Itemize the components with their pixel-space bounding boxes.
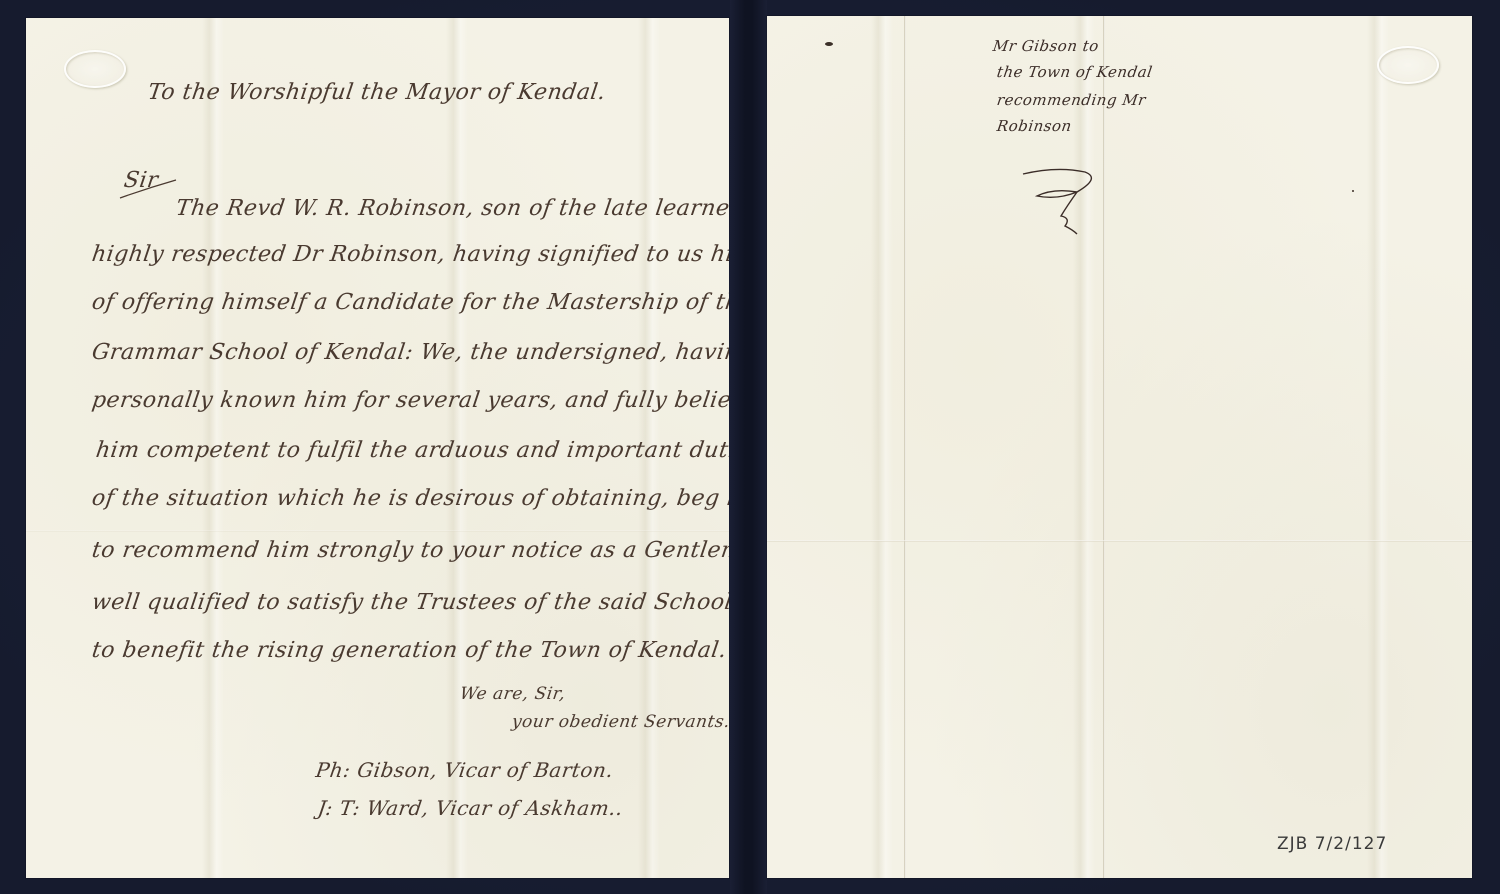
fold-crease [1073, 16, 1095, 878]
letter-front-page: To the Worshipful the Mayor of Kendal. S… [26, 18, 729, 878]
fold-crease [904, 16, 906, 878]
salutation-flourish [118, 178, 178, 202]
page-gutter [730, 0, 767, 894]
archive-reference: ZJB 7/2/127 [1277, 834, 1387, 854]
docket-line: recommending Mr [995, 88, 1147, 112]
fold-crease [767, 540, 1472, 542]
letter-body-line: of the situation which he is desirous of… [90, 486, 729, 511]
fold-crease [26, 530, 729, 532]
letter-body-line: Grammar School of Kendal: We, the unders… [90, 340, 729, 365]
addressee-line: To the Worshipful the Mayor of Kendal. [146, 80, 607, 105]
docket-line: the Town of Kendal [995, 60, 1154, 84]
signature-gibson: Ph: Gibson, Vicar of Barton. [314, 758, 615, 782]
letter-reverse-page: Mr Gibson to the Town of Kendal recommen… [767, 16, 1472, 878]
ink-speck [825, 42, 833, 46]
letter-body-line: personally known him for several years, … [90, 388, 729, 413]
letter-body-line: of offering himself a Candidate for the … [90, 290, 729, 315]
letter-body-line: well qualified to satisfy the Trustees o… [90, 590, 729, 615]
paraph-flourish [1017, 166, 1107, 236]
letter-body-line: The Revd W. R. Robinson, son of the late… [174, 196, 729, 221]
letter-body-line: to recommend him strongly to your notice… [90, 538, 729, 563]
fold-crease [871, 16, 893, 878]
docket-line: Mr Gibson to [991, 34, 1100, 58]
letter-body-line: to benefit the rising generation of the … [90, 638, 728, 663]
closing-line: We are, Sir, [459, 684, 567, 704]
closing-line: your obedient Servants. [511, 712, 729, 732]
fold-crease [1103, 16, 1105, 878]
letter-body-line: highly respected Dr Robinson, having sig… [90, 242, 729, 267]
signature-ward: J: T: Ward, Vicar of Askham.. [316, 796, 624, 820]
embossed-stamp [64, 50, 126, 88]
embossed-stamp [1377, 46, 1439, 84]
letter-body-line: him competent to fulfil the arduous and … [94, 438, 729, 463]
fold-crease [1367, 16, 1389, 878]
ink-speck [1352, 190, 1354, 192]
docket-line: Robinson [995, 114, 1073, 138]
